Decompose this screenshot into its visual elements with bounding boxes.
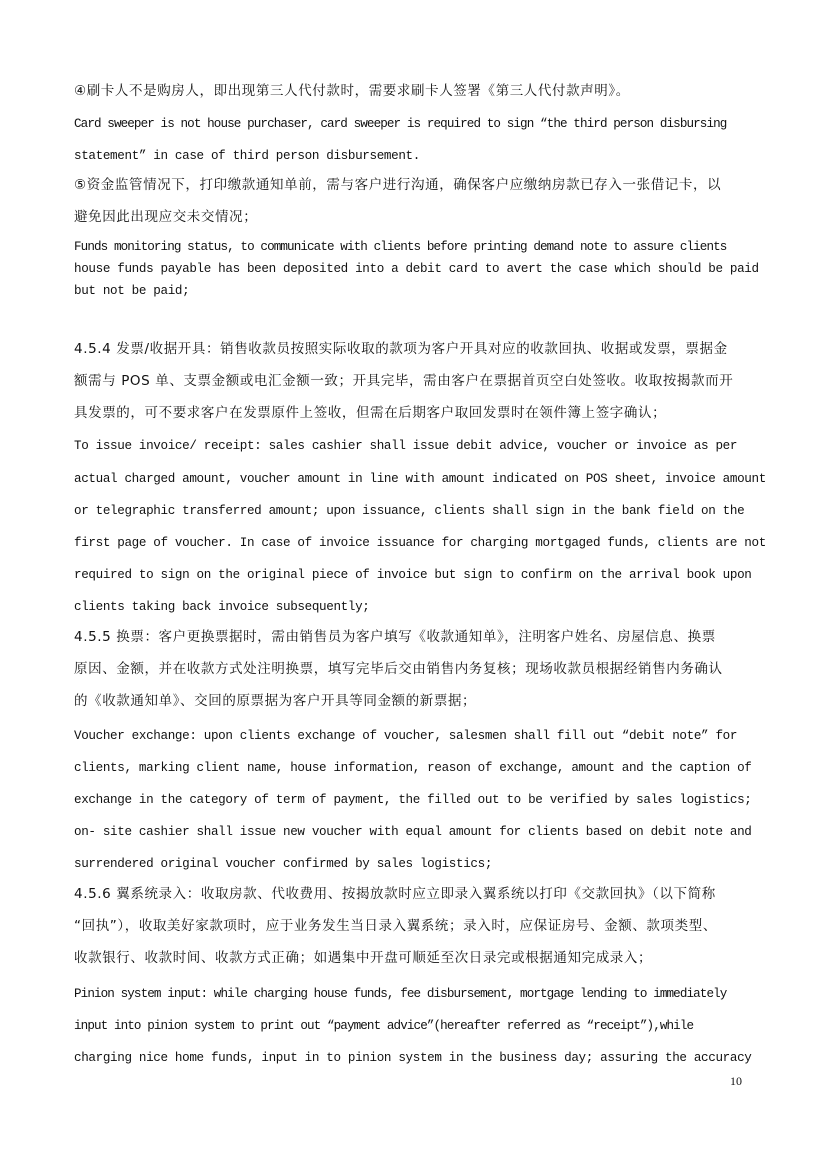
section-heading-4-5-5: 4.5.5 换票：客户更换票据时，需由销售员为客户填写《收款通知单》，注明客户姓… — [74, 628, 742, 646]
page-number: 10 — [730, 1074, 742, 1089]
document-page: ④刷卡人不是购房人，即出现第三人代付款时，需要求刷卡人签署《第三人代付款声明》。… — [0, 0, 820, 1159]
text-line-en: but not be paid; — [74, 282, 742, 300]
text-line-en: or telegraphic transferred amount; upon … — [74, 502, 742, 520]
text-line-zh: 的《收款通知单》、交回的原票据为客户开具等同金额的新票据； — [74, 692, 742, 710]
text-line-zh: ⑤资金监管情况下，打印缴款通知单前，需与客户进行沟通，确保客户应缴纳房款已存入一… — [74, 176, 742, 194]
text-line-en: Voucher exchange: upon clients exchange … — [74, 727, 742, 745]
text-line-en: Pinion system input: while charging hous… — [74, 985, 742, 1003]
section-heading-4-5-6: 4.5.6 翼系统录入：收取房款、代收费用、按揭放款时应立即录入翼系统以打印《交… — [74, 885, 742, 903]
text-line-zh: 额需与 POS 单、支票金额或电汇金额一致；开具完毕，需由客户在票据首页空白处签… — [74, 372, 742, 390]
text-line-zh: 原因、金额，并在收款方式处注明换票，填写完毕后交由销售内务复核；现场收款员根据经… — [74, 660, 742, 678]
text-line-en: input into pinion system to print out “p… — [74, 1017, 742, 1035]
text-line-zh: 收款银行、收款时间、收款方式正确；如遇集中开盘可顺延至次日录完或根据通知完成录入… — [74, 949, 742, 967]
text-line-en: house funds payable has been deposited i… — [74, 260, 742, 278]
text-line-en: To issue invoice/ receipt: sales cashier… — [74, 437, 742, 455]
text-line-en: on- site cashier shall issue new voucher… — [74, 823, 742, 841]
text-line-en: surrendered original voucher confirmed b… — [74, 855, 742, 873]
text-line-en: clients taking back invoice subsequently… — [74, 598, 742, 616]
text-line-en: Card sweeper is not house purchaser, car… — [74, 115, 742, 133]
text-line-en: actual charged amount, voucher amount in… — [74, 470, 742, 488]
text-line-zh: 具发票的，可不要求客户在发票原件上签收，但需在后期客户取回发票时在领件簿上签字确… — [74, 404, 742, 422]
text-line-en: exchange in the category of term of paym… — [74, 791, 742, 809]
text-line-zh: “回执”），收取美好家款项时，应于业务发生当日录入翼系统；录入时，应保证房号、金… — [74, 917, 742, 935]
text-line-en: first page of voucher. In case of invoic… — [74, 534, 742, 552]
text-line-en: charging nice home funds, input in to pi… — [74, 1049, 742, 1067]
section-heading-4-5-4: 4.5.4 发票/收据开具：销售收款员按照实际收取的款项为客户开具对应的收款回执… — [74, 340, 742, 358]
text-line-zh: ④刷卡人不是购房人，即出现第三人代付款时，需要求刷卡人签署《第三人代付款声明》。 — [74, 82, 742, 100]
text-line-en: Funds monitoring status, to communicate … — [74, 238, 742, 256]
text-line-en: clients, marking client name, house info… — [74, 759, 742, 777]
text-line-zh: 避免因此出现应交未交情况； — [74, 208, 742, 226]
text-line-en: required to sign on the original piece o… — [74, 566, 742, 584]
text-line-en: statement” in case of third person disbu… — [74, 147, 742, 165]
